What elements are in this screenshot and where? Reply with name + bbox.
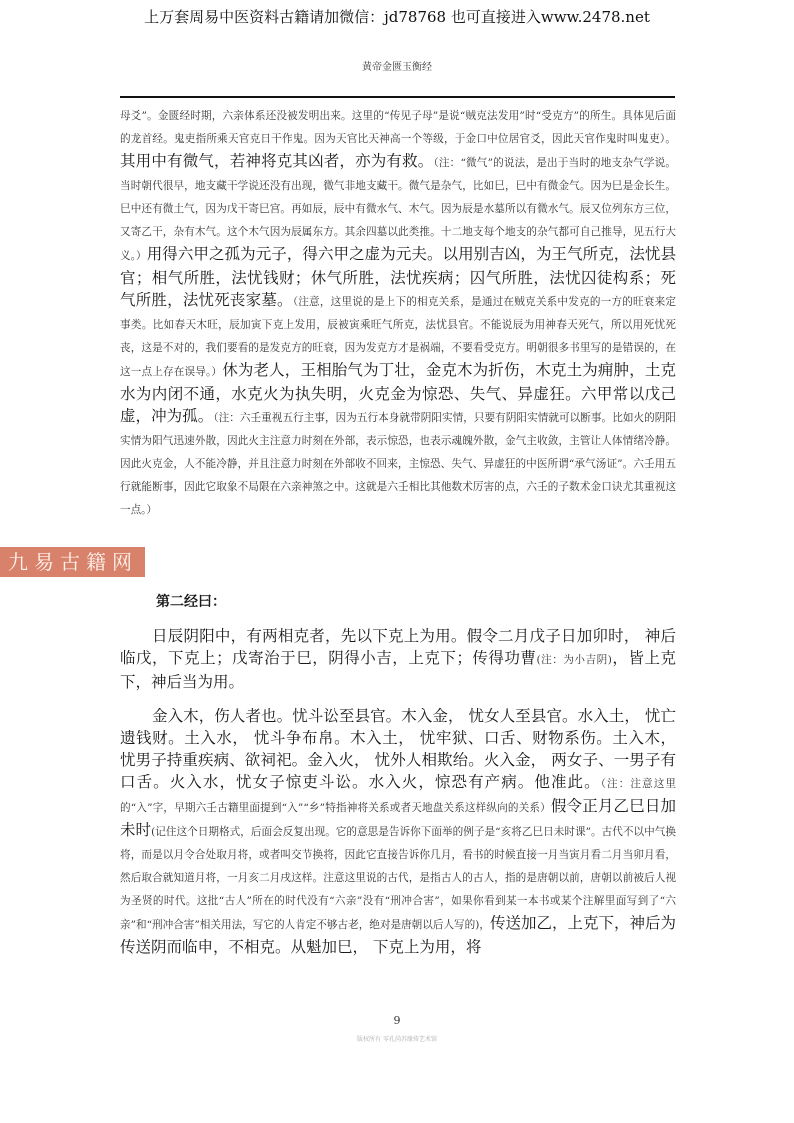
classic-text: 金入木，伤人者也。忧斗讼至县官。木入金， 忧女人至县官。水入土， 忧亡遗钱财。土…: [120, 707, 676, 791]
running-head: 黄帝金匮玉衡经: [0, 58, 794, 73]
spacer: [120, 521, 676, 591]
paragraph: 日辰阴阳中，有两相克者，先以下克上为用。假令二月戊子日加卯时， 神后临戊，下克上…: [120, 625, 676, 693]
annotation: 母爻”。金匮经时期，六亲体系还没被发明出来。这里的“传见子母”是说“贼克法发用”…: [120, 110, 676, 145]
classic-text: 其用中有微气，若神将克其凶者，亦为有救。: [120, 152, 433, 170]
paragraph: 金入木，伤人者也。忧斗讼至县官。木入金， 忧女人至县官。水入土， 忧亡遗钱财。土…: [120, 705, 676, 958]
header-rule: [120, 96, 675, 98]
page-number: 9: [0, 1014, 794, 1027]
spacer: [120, 613, 676, 625]
spacer: [120, 693, 676, 705]
paragraph-commentary: 母爻”。金匮经时期，六亲体系还没被发明出来。这里的“传见子母”是说“贼克法发用”…: [120, 104, 676, 521]
footer-copyright: 版权所有 零孔尚苏缘传艺术馆: [0, 1034, 794, 1043]
page-content: 母爻”。金匮经时期，六亲体系还没被发明出来。这里的“传见子母”是说“贼克法发用”…: [120, 104, 676, 958]
banner-ad-text: 上万套周易中医资料古籍请加微信：jd78768 也可直接进入www.2478.n…: [0, 6, 794, 27]
watermark-logo: 九易古籍网: [0, 547, 145, 577]
annotation: (注：为小吉阴): [536, 654, 611, 666]
section-heading: 第二经曰：: [120, 591, 676, 613]
annotation: （注：六壬重视五行主事，因为五行本身就带阴阳实情，只要有阴阳实情就可以断事。比如…: [120, 412, 676, 516]
